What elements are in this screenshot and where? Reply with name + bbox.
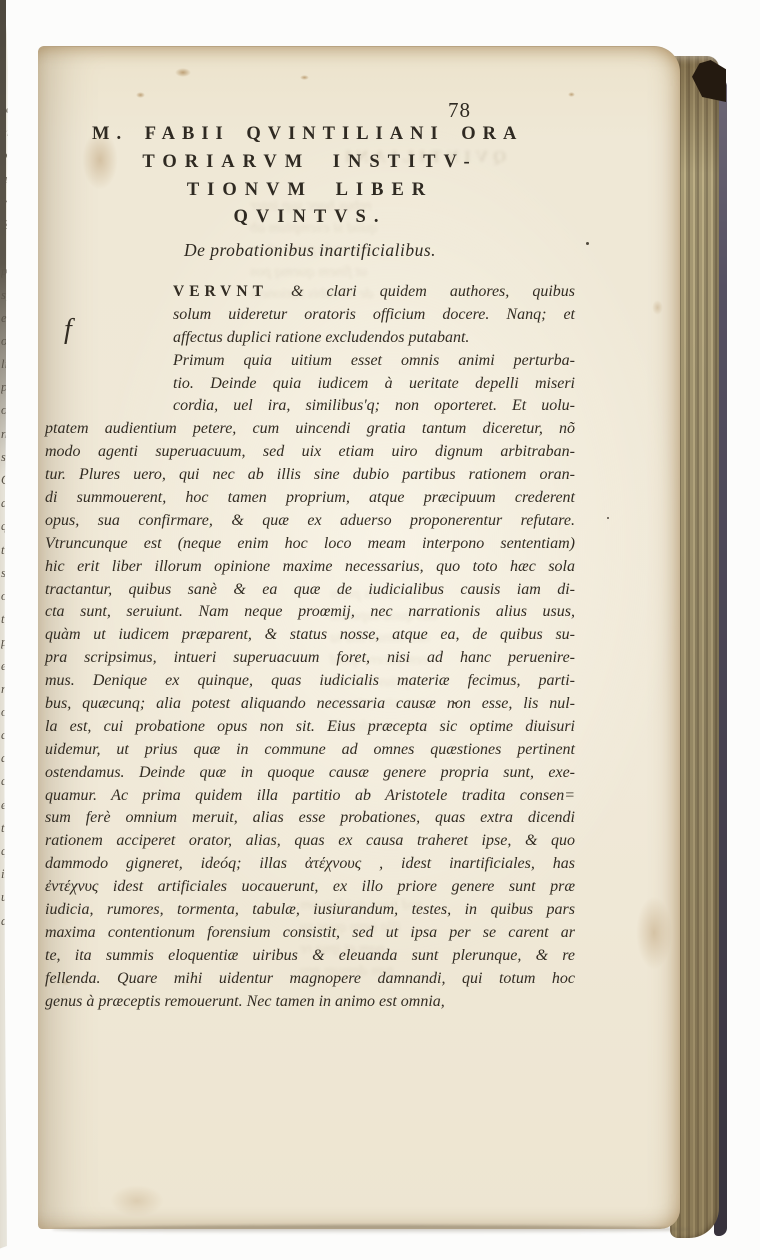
foxing-spot	[300, 75, 309, 80]
foxing-spot	[652, 300, 663, 315]
body-full-lines: ptatem audientium petere, cum uincendi g…	[45, 418, 575, 1013]
photo-left-edge-shadow	[0, 0, 6, 480]
ink-speck	[586, 242, 589, 245]
body-indented-lines: solum uideretur oratoris officium docere…	[45, 304, 575, 418]
chapter-title: De probationibus inartificialibus.	[45, 240, 575, 261]
heading-line-3: TIONVM LIBER	[45, 180, 575, 201]
opening-rest: & clari quidem authores, quibus	[268, 283, 575, 300]
book-photograph: QVINTILIANI rebus haec sup interquod si …	[0, 0, 760, 1260]
page-number: 78	[448, 98, 508, 123]
foxing-spot	[568, 92, 575, 97]
ink-speck	[607, 517, 609, 519]
heading-line-2: TORIARVM INSTITV-	[45, 152, 575, 173]
body-opening-line: VERVNT & clari quidem authores, quibus	[45, 281, 575, 304]
foxing-spot	[110, 1185, 164, 1217]
foxing-spot	[636, 896, 672, 970]
heading-line-1: M. FABII QVINTILIANI ORA	[92, 124, 622, 145]
page-bottom-shadow	[52, 1225, 692, 1234]
foxing-spot	[136, 92, 145, 98]
heading-line-4: QVINTVS.	[45, 207, 575, 228]
foxing-spot	[175, 68, 191, 77]
body-text: VERVNT & clari quidem authores, quibus s…	[45, 281, 575, 1014]
opening-capitals: VERVNT	[173, 283, 268, 300]
